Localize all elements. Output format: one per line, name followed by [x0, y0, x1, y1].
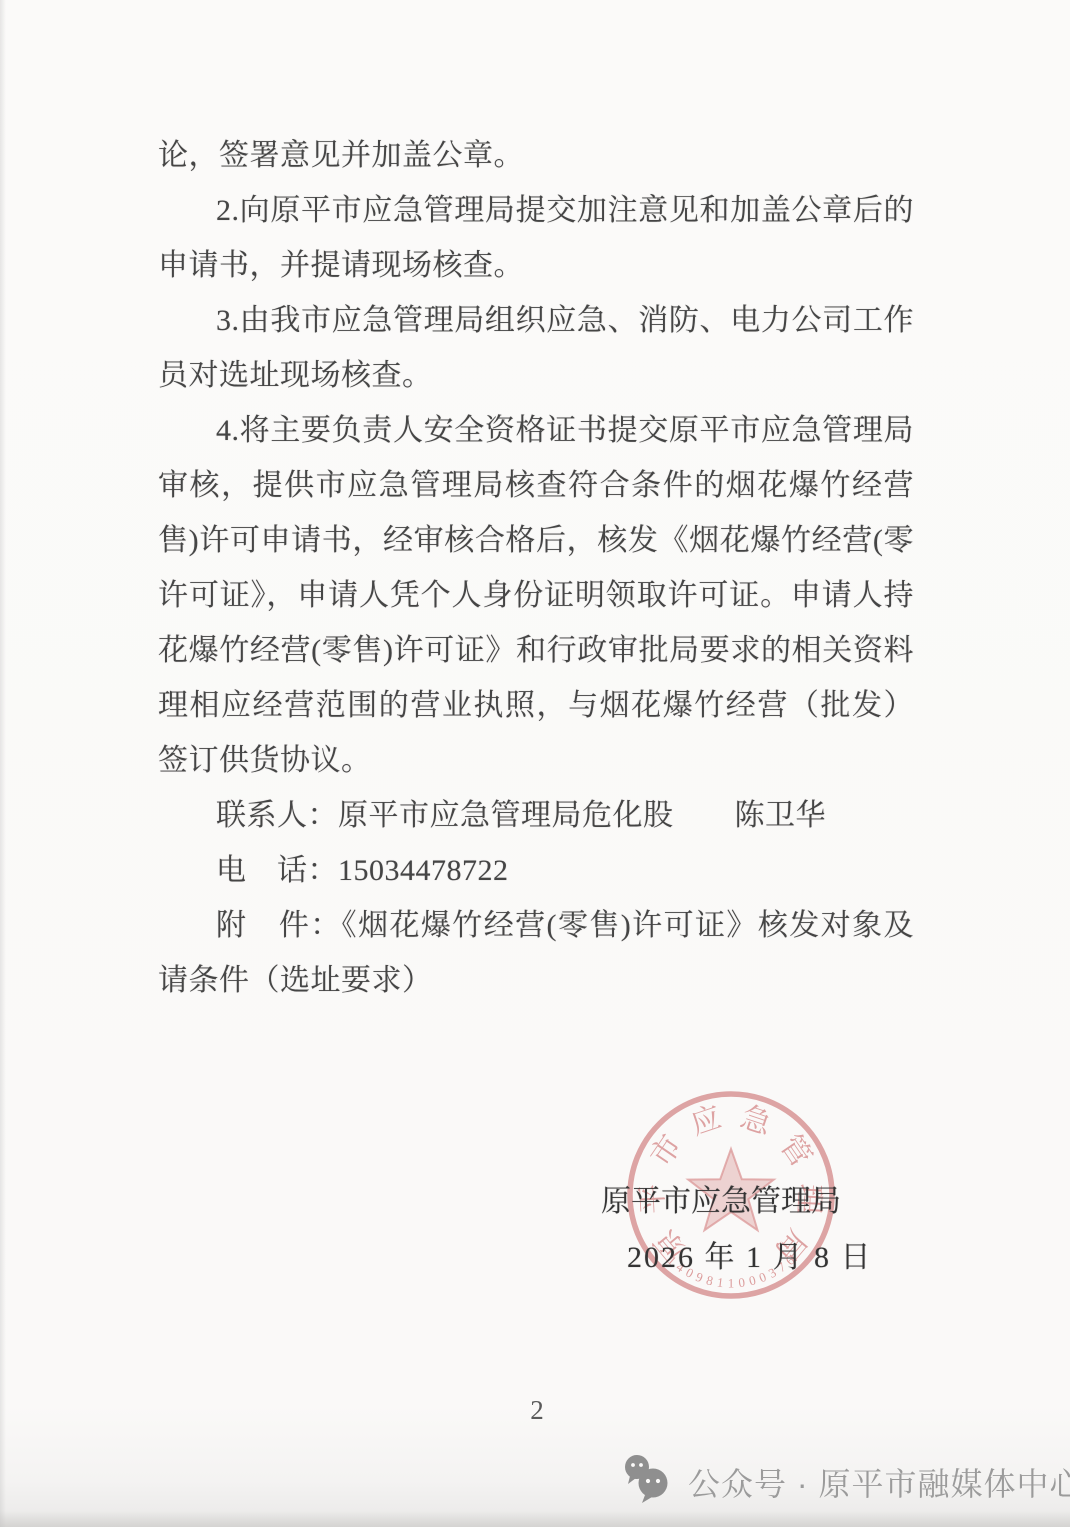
- document-line: 附 件：《烟花爆竹经营(零售)许可证》核发对象及申: [158, 898, 914, 953]
- document-line: 申请书，并提请现场核查。: [158, 238, 914, 293]
- document-line: 签订供货协议。: [158, 733, 914, 788]
- scan-edge-bottom: [0, 1511, 1070, 1527]
- footer-account-name: 公众号 · 原平市融媒体中心: [688, 1459, 1070, 1505]
- svg-text:0: 0: [738, 1275, 746, 1291]
- document-line: 审核，提供市应急管理局核查符合条件的烟花爆竹经营(零: [158, 458, 914, 513]
- document-line: 3.由我市应急管理局组织应急、消防、电力公司工作人: [158, 293, 914, 348]
- svg-text:急: 急: [736, 1101, 776, 1142]
- document-line: 售)许可申请书，经审核合格后，核发《烟花爆竹经营(零售): [158, 513, 914, 568]
- footer-watermark: 公众号 · 原平市融媒体中心: [622, 1454, 1070, 1509]
- scanned-document-page: 论，签署意见并加盖公章。2.向原平市应急管理局提交加注意见和加盖公章后的申请书，…: [0, 0, 1070, 1527]
- svg-text:应: 应: [687, 1101, 726, 1142]
- document-body: 论，签署意见并加盖公章。2.向原平市应急管理局提交加注意见和加盖公章后的申请书，…: [158, 128, 914, 1008]
- document-line: 请条件（选址要求）: [158, 953, 914, 1008]
- document-line: 电 话：15034478722: [158, 843, 914, 898]
- wechat-official-account-icon: [622, 1454, 674, 1509]
- issue-date: 2026 年 1 月 8 日: [627, 1232, 873, 1276]
- scan-edge-left: [0, 0, 6, 1527]
- document-line: 4.将主要负责人安全资格证书提交原平市应急管理局: [158, 403, 914, 458]
- document-line: 2.向原平市应急管理局提交加注意见和加盖公章后的: [158, 183, 914, 238]
- document-line: 许可证》，申请人凭个人身份证明领取许可证。申请人持《烟: [158, 568, 914, 623]
- svg-text:1: 1: [716, 1275, 724, 1291]
- issuing-authority: 原平市应急管理局: [601, 1176, 831, 1220]
- document-line: 花爆竹经营(零售)许可证》和行政审批局要求的相关资料办: [158, 623, 914, 678]
- document-line: 联系人：原平市应急管理局危化股 陈卫华: [158, 788, 914, 843]
- document-line: 论，签署意见并加盖公章。: [158, 128, 914, 183]
- svg-text:1: 1: [728, 1276, 735, 1291]
- page-number: 2: [500, 1395, 574, 1426]
- document-line: 员对选址现场核查。: [158, 348, 914, 403]
- document-line: 理相应经营范围的营业执照，与烟花爆竹经营（批发）单位: [158, 678, 914, 733]
